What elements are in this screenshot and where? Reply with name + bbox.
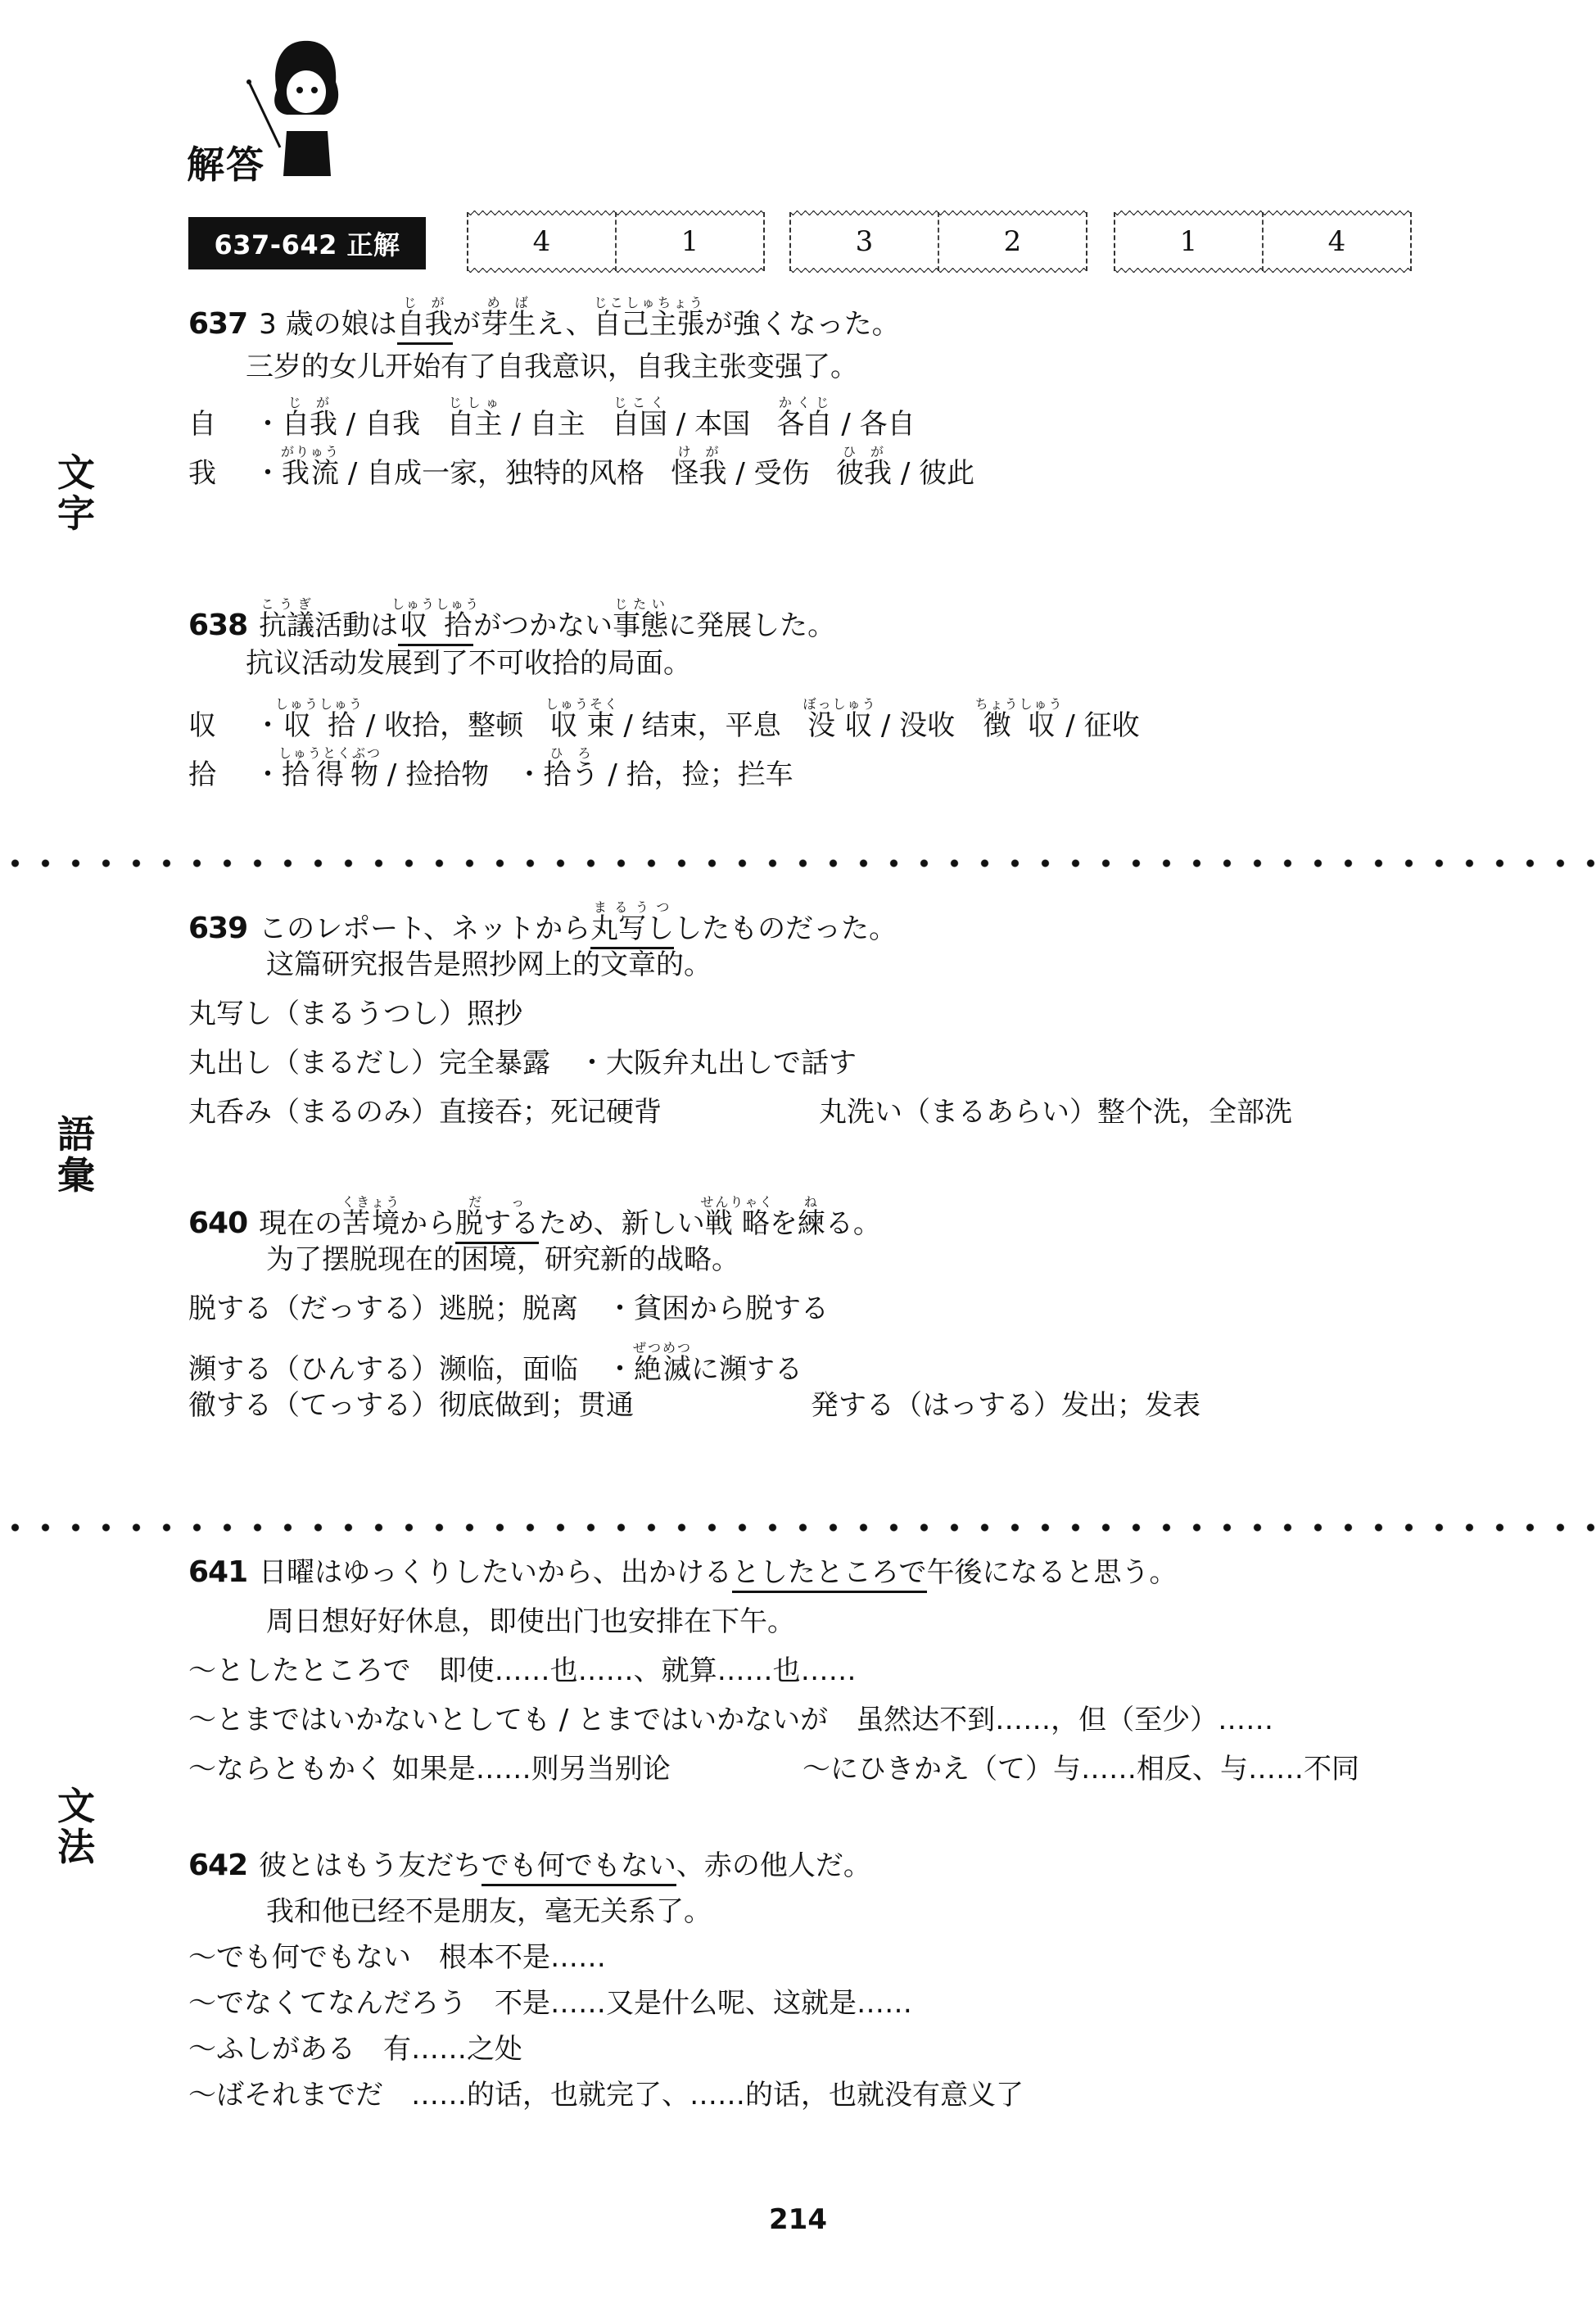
- sentence: 642彼とはもう友だちでも何でもない、赤の他人だ。: [188, 1849, 871, 1882]
- section-label-moji: 文字: [56, 452, 97, 534]
- sentence: 638抗議こうぎ活動は収拾しゅうしゅうがつかない事態じたいに発展した。: [188, 596, 835, 642]
- teacher-mascot-icon: [246, 33, 385, 188]
- vocab-line: 丸出し（まるだし）完全暴露 ・大阪弁丸出しで話す: [188, 1047, 857, 1080]
- answer-642: 4: [1262, 212, 1410, 271]
- sentence: 640現在の苦境くきょうから脱するだっため、新しい戦略せんりゃくを練ねる。: [188, 1194, 881, 1240]
- answer-639: 3: [791, 212, 938, 271]
- vocab-line: ～ふしがある 有……之处: [188, 2033, 522, 2066]
- vocab-line: 丸写し（まるうつし）照抄: [188, 998, 522, 1030]
- answer-group-1: 4 1: [467, 212, 765, 271]
- answer-group-2: 3 2: [789, 212, 1087, 271]
- translation: 我和他已经不是朋友，毫无关系了。: [266, 1895, 712, 1928]
- kanji-row: 我・我流がりゅう / 自成一家，独特的风格 怪我けが / 受伤 彼我ひが / 彼…: [188, 444, 974, 490]
- vocab-line: 徹する（てっする）彻底做到；贯通: [188, 1389, 634, 1422]
- vocab-line: ～にひきかえ（て）与……相反、与……不同: [803, 1753, 1359, 1786]
- dotted-separator: [0, 858, 1596, 868]
- answer-637: 4: [468, 212, 615, 271]
- kanji-row: 収・収拾しゅうしゅう / 收拾，整顿 収束しゅうそく / 结束，平息 没収ぼっし…: [188, 696, 1140, 742]
- sentence: 641日曜はゆっくりしたいから、出かけるとしたところで午後になると思う。: [188, 1556, 1178, 1589]
- vocab-line: ～とまではいかないとしても / とまではいかないが 虽然达不到……，但（至少）……: [188, 1704, 1273, 1736]
- translation: 抗议活动发展到了不可收拾的局面。: [246, 647, 691, 680]
- vocab-line: 脱する（だっする）逃脱；脱离 ・貧困から脱する: [188, 1292, 829, 1325]
- vocab-line: ～ならともかく 如果是……则另当别论: [188, 1753, 671, 1786]
- sentence: 6373 歳の娘は自我じがが芽生めばえ、自己主張じこしゅちょうが強くなった。: [188, 295, 900, 341]
- page-number: 214: [0, 2203, 1596, 2236]
- vocab-line: ～ばそれまでだ ……的话，也就完了、……的话，也就没有意义了: [188, 2079, 1024, 2112]
- kanji-row: 拾・拾得物しゅうとくぶつ / 捡拾物 ・拾うひろ / 拾，捡；拦车: [188, 745, 793, 791]
- vocab-line: 発する（はっする）发出；发表: [811, 1389, 1200, 1422]
- vocab-line: ～でも何でもない 根本不是……: [188, 1941, 606, 1974]
- vocab-line: ～としたところで 即使……也……、就算……也……: [188, 1654, 857, 1687]
- translation: 为了摆脱现在的困境，研究新的战略。: [266, 1243, 739, 1276]
- vocab-line: 丸洗い（まるあらい）整个洗，全部洗: [819, 1096, 1292, 1129]
- answer-range-label: 637-642 正解: [188, 217, 426, 269]
- vocab-line: 瀕する（ひんする）濒临，面临 ・絶滅ぜつめつに瀕する: [188, 1340, 803, 1386]
- translation: 周日想好好休息，即使出门也安排在下午。: [266, 1605, 795, 1638]
- translation: 三岁的女儿开始有了自我意识，自我主张变强了。: [246, 351, 858, 383]
- translation: 这篇研究报告是照抄网上的文章的。: [266, 948, 712, 981]
- kanji-row: 自・自我じが / 自我 自主じしゅ / 自主 自国じこく / 本国 各自かくじ …: [188, 395, 916, 441]
- dotted-separator: [0, 1523, 1596, 1532]
- vocab-line: 丸呑み（まるのみ）直接吞；死记硬背: [188, 1096, 662, 1129]
- answer-640: 2: [938, 212, 1086, 271]
- answer-641: 1: [1115, 212, 1262, 271]
- vocab-line: ～でなくてなんだろう 不是……又是什么呢、这就是……: [188, 1987, 912, 2020]
- answer-638: 1: [615, 212, 763, 271]
- sentence: 639このレポート、ネットから丸写しまるうつしたものだった。: [188, 899, 897, 945]
- answer-group-3: 1 4: [1114, 212, 1412, 271]
- section-label-goi: 語彙: [56, 1114, 97, 1196]
- section-label-bunpo: 文法: [56, 1786, 97, 1867]
